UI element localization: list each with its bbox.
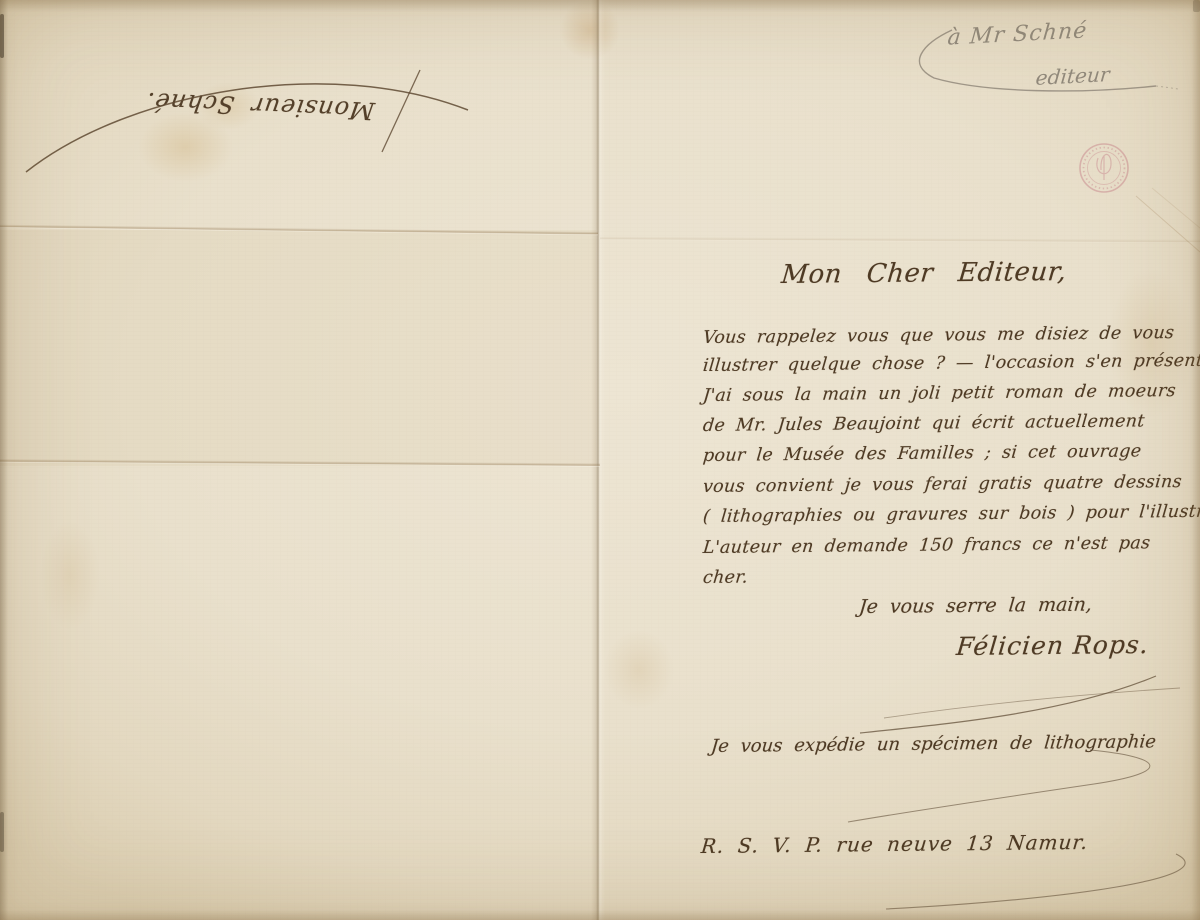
body-line-7: ( lithographies ou gravures sur bois ) p… [702,502,1200,527]
horizontal-crease [0,224,598,235]
paper-edge [1191,0,1200,920]
stain [138,112,233,182]
signature-flourish-2 [884,688,1180,718]
paper-edge [0,0,1200,12]
signature-flourish [860,676,1156,733]
horizontal-crease-faint [600,236,1200,243]
letter-scan-paper: Monsieur Schné. à Mr Schné editeur Mon C… [0,0,1200,920]
postscript-line: Je vous expédie un spécimen de lithograp… [710,731,1157,757]
pencil-annotation-line2: editeur [1035,62,1111,90]
fold-panel-tint [0,230,596,466]
paper-edge [0,0,8,920]
body-line-3: J'ai sous la main un joli petit roman de… [702,381,1177,406]
horizontal-crease [0,459,600,467]
body-line-6: vous convient je vous ferai gratis quatr… [702,472,1183,497]
rsvp-flourish [886,854,1185,909]
stain [40,520,100,630]
verso-address: Monsieur Schné. [88,85,432,128]
vertical-fold-line [591,0,605,920]
pencil-annotation-line1: à Mr Schné [946,18,1088,50]
signature: Félicien Rops. [955,630,1150,661]
closing-line: Je vous serre la main, [858,594,1093,618]
body-line-8: L'auteur en demande 150 francs ce n'est … [702,533,1151,558]
collection-stamp [1080,144,1128,192]
salutation: Mon Cher Editeur, [780,257,1068,290]
rsvp-line: R. S. V. P. rue neuve 13 Namur. [700,830,1089,858]
stain [604,630,674,710]
postscript-tail-flourish [848,750,1150,822]
pencil-oval-tail [1156,86,1178,89]
body-line-4: de Mr. Jules Beaujoint qui écrit actuell… [702,411,1146,436]
paper-edge [0,910,1200,920]
body-line-5: pour le Musée des Familles ; si cet ouvr… [702,441,1142,466]
body-line-1: Vous rappelez vous que vous me disiez de… [702,323,1175,348]
body-line-2: illustrer quelque chose ? — l'occasion s… [702,351,1200,376]
body-line-9: cher. [702,568,749,588]
